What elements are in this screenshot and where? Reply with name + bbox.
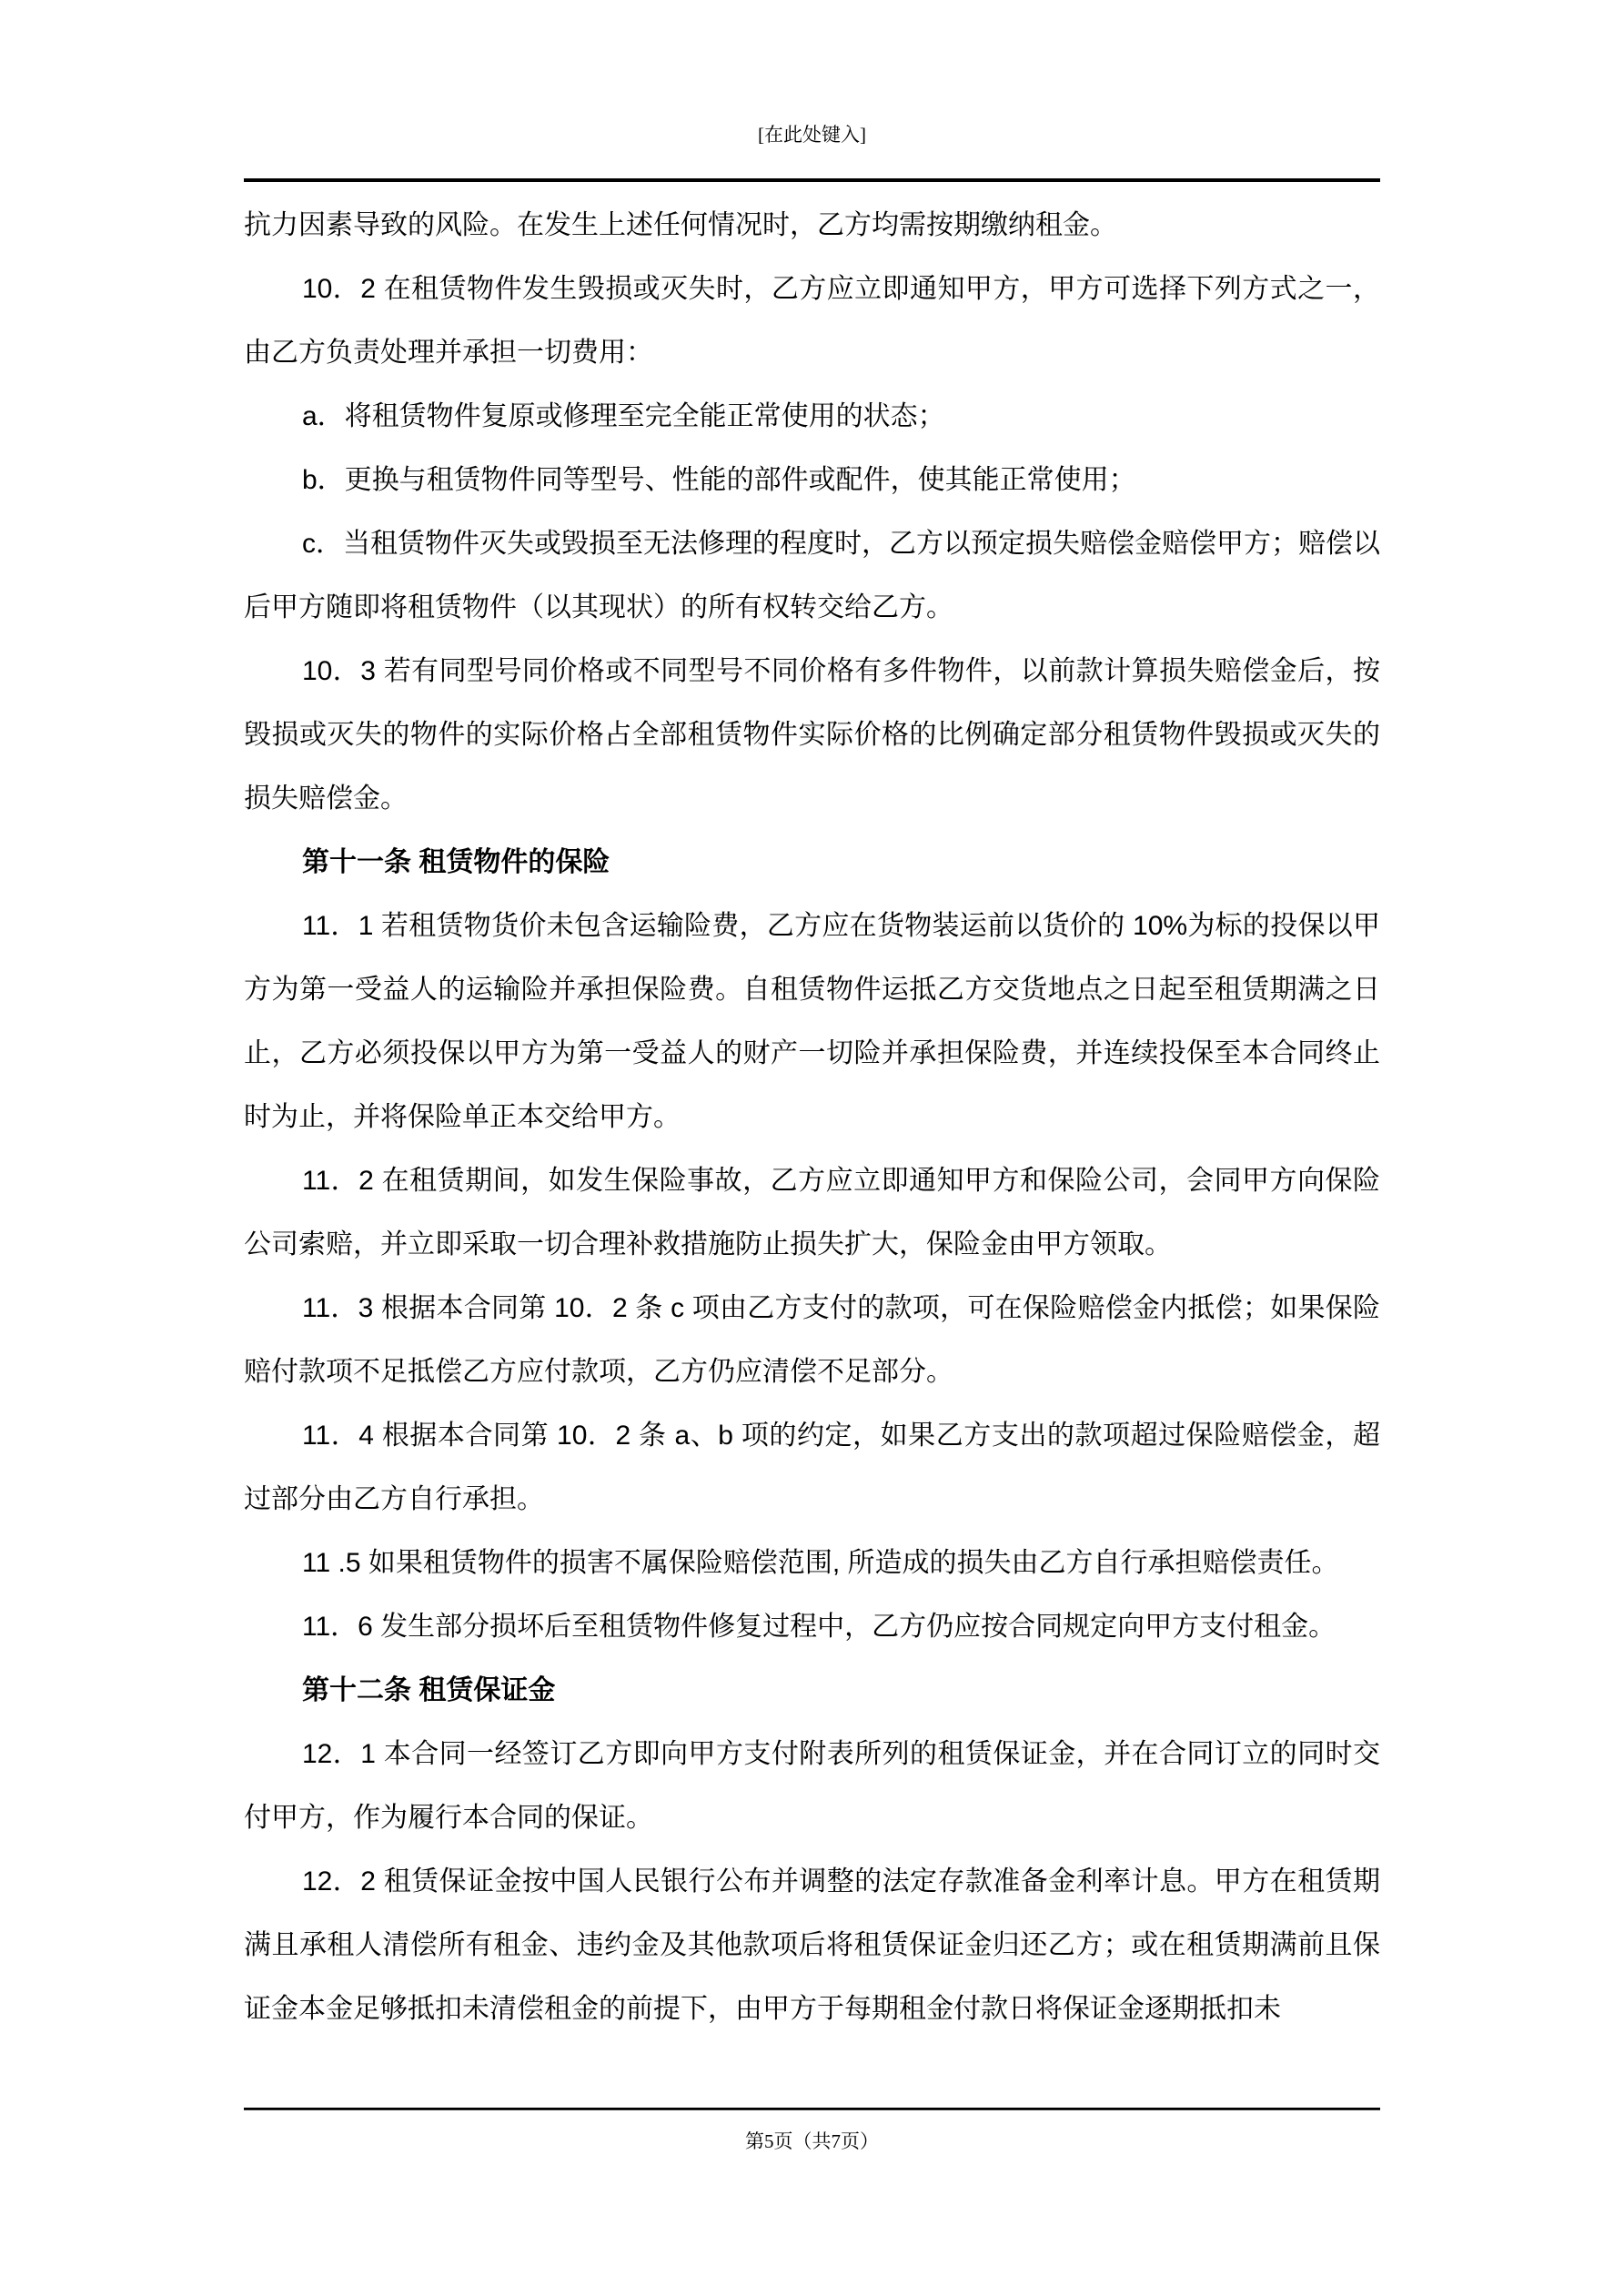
paragraph: 11 .5 如果租赁物件的损害不属保险赔偿范围, 所造成的损失由乙方自行承担赔偿…: [244, 1532, 1380, 1595]
paragraph: 11．6 发生部分损坏后至租赁物件修复过程中，乙方仍应按合同规定向甲方支付租金。: [244, 1595, 1380, 1659]
paragraph: c．当租赁物件灭失或毁损至无法修理的程度时，乙方以预定损失赔偿金赔偿甲方；赔偿以…: [244, 512, 1380, 640]
section-heading: 第十一条 租赁物件的保险: [244, 831, 1380, 895]
section-heading: 第十二条 租赁保证金: [244, 1659, 1380, 1723]
paragraph: b．更换与租赁物件同等型号、性能的部件或配件，使其能正常使用；: [244, 449, 1380, 512]
footer-rule: [244, 2108, 1380, 2110]
document-body: 抗力因素导致的风险。在发生上述任何情况时，乙方均需按期缴纳租金。10．2 在租赁…: [244, 194, 1380, 2041]
header-placeholder-text: [在此处键入]: [0, 123, 1624, 147]
paragraph: 11．2 在租赁期间，如发生保险事故，乙方应立即通知甲方和保险公司，会同甲方向保…: [244, 1149, 1380, 1277]
paragraph: 12．1 本合同一经签订乙方即向甲方支付附表所列的租赁保证金，并在合同订立的同时…: [244, 1723, 1380, 1850]
paragraph: a．将租赁物件复原或修理至完全能正常使用的状态；: [244, 385, 1380, 449]
paragraph: 10．2 在租赁物件发生毁损或灭失时，乙方应立即通知甲方，甲方可选择下列方式之一…: [244, 258, 1380, 385]
document-page: [在此处键入] 抗力因素导致的风险。在发生上述任何情况时，乙方均需按期缴纳租金。…: [0, 0, 1624, 2296]
paragraph: 抗力因素导致的风险。在发生上述任何情况时，乙方均需按期缴纳租金。: [244, 194, 1380, 258]
paragraph: 10．3 若有同型号同价格或不同型号不同价格有多件物件，以前款计算损失赔偿金后，…: [244, 640, 1380, 831]
paragraph: 11．1 若租赁物货价未包含运输险费，乙方应在货物装运前以货价的 10%为标的投…: [244, 895, 1380, 1149]
paragraph: 11．4 根据本合同第 10．2 条 a、b 项的约定，如果乙方支出的款项超过保…: [244, 1404, 1380, 1532]
paragraph: 11．3 根据本合同第 10．2 条 c 项由乙方支付的款项，可在保险赔偿金内抵…: [244, 1277, 1380, 1404]
paragraph: 12．2 租赁保证金按中国人民银行公布并调整的法定存款准备金利率计息。甲方在租赁…: [244, 1850, 1380, 2041]
page-number-text: 第5页（共7页）: [0, 2129, 1624, 2154]
header-rule: [244, 178, 1380, 182]
